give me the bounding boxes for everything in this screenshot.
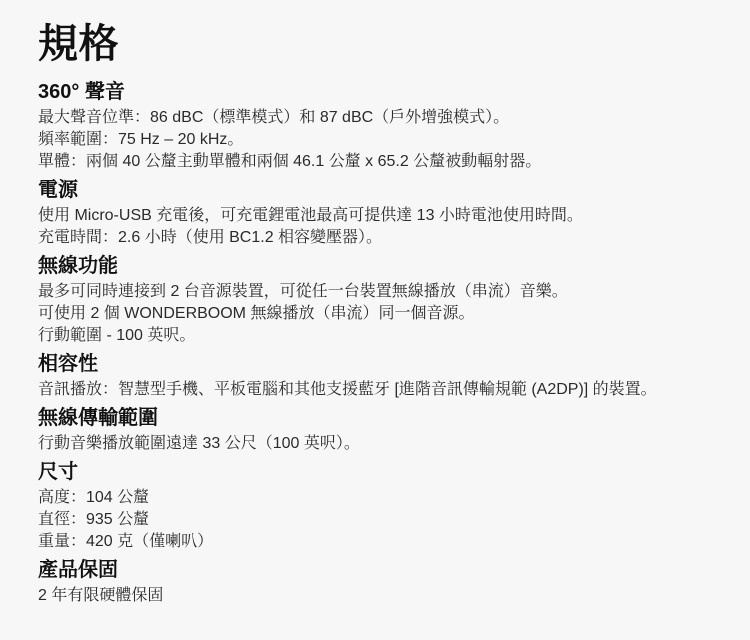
spec-line: 頻率範圍：75 Hz – 20 kHz。 bbox=[38, 129, 710, 151]
spec-line: 充電時間：2.6 小時（使用 BC1.2 相容變壓器）。 bbox=[38, 227, 710, 249]
section-heading: 電源 bbox=[38, 178, 710, 203]
section-heading: 尺寸 bbox=[38, 460, 710, 485]
spec-line: 音訊播放：智慧型手機、平板電腦和其他支援藍牙 [進階音訊傳輸規範 (A2DP)]… bbox=[38, 379, 710, 401]
spec-line: 最多可同時連接到 2 台音源裝置，可從任一台裝置無線播放（串流）音樂。 bbox=[38, 281, 710, 303]
spec-line: 重量：420 克（僅喇叭） bbox=[38, 531, 710, 553]
section-heading: 360° 聲音 bbox=[38, 80, 710, 105]
section-heading: 相容性 bbox=[38, 352, 710, 377]
spec-section: 相容性音訊播放：智慧型手機、平板電腦和其他支援藍牙 [進階音訊傳輸規範 (A2D… bbox=[38, 352, 710, 401]
spec-line: 行動範圍 - 100 英呎。 bbox=[38, 325, 710, 347]
spec-page: 規格 360° 聲音最大聲音位準：86 dBC（標準模式）和 87 dBC（戶外… bbox=[0, 0, 750, 640]
spec-sections: 360° 聲音最大聲音位準：86 dBC（標準模式）和 87 dBC（戶外增強模… bbox=[38, 80, 710, 607]
section-heading: 無線傳輸範圍 bbox=[38, 406, 710, 431]
spec-line: 使用 Micro-USB 充電後，可充電鋰電池最高可提供達 13 小時電池使用時… bbox=[38, 205, 710, 227]
section-heading: 產品保固 bbox=[38, 558, 710, 583]
spec-line: 單體：兩個 40 公釐主動單體和兩個 46.1 公釐 x 65.2 公釐被動輻射… bbox=[38, 151, 710, 173]
spec-line: 最大聲音位準：86 dBC（標準模式）和 87 dBC（戶外增強模式）。 bbox=[38, 107, 710, 129]
spec-section: 無線傳輸範圍行動音樂播放範圍遠達 33 公尺（100 英呎）。 bbox=[38, 406, 710, 455]
spec-line: 高度：104 公釐 bbox=[38, 487, 710, 509]
spec-line: 直徑：935 公釐 bbox=[38, 509, 710, 531]
spec-section: 產品保固2 年有限硬體保固 bbox=[38, 558, 710, 607]
section-heading: 無線功能 bbox=[38, 254, 710, 279]
spec-line: 2 年有限硬體保固 bbox=[38, 585, 710, 607]
spec-section: 無線功能最多可同時連接到 2 台音源裝置，可從任一台裝置無線播放（串流）音樂。可… bbox=[38, 254, 710, 347]
spec-section: 360° 聲音最大聲音位準：86 dBC（標準模式）和 87 dBC（戶外增強模… bbox=[38, 80, 710, 173]
spec-section: 尺寸高度：104 公釐直徑：935 公釐重量：420 克（僅喇叭） bbox=[38, 460, 710, 553]
spec-line: 行動音樂播放範圍遠達 33 公尺（100 英呎）。 bbox=[38, 433, 710, 455]
spec-section: 電源使用 Micro-USB 充電後，可充電鋰電池最高可提供達 13 小時電池使… bbox=[38, 178, 710, 249]
spec-line: 可使用 2 個 WONDERBOOM 無線播放（串流）同一個音源。 bbox=[38, 303, 710, 325]
page-title: 規格 bbox=[38, 21, 710, 67]
